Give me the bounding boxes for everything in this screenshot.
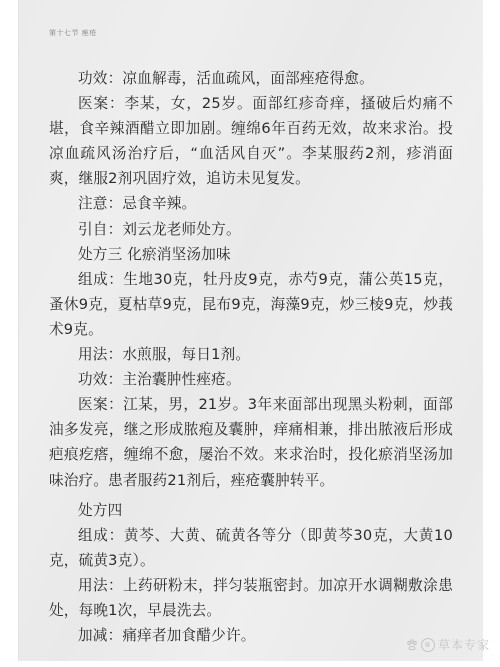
- paragraph-composition-3: 组成：生地30克，牡丹皮9克，赤芍9克，蒲公英15克，蚤休9克，夏枯草9克，昆布…: [49, 267, 453, 342]
- watermark: @ 草本专家: [406, 636, 490, 653]
- prescription-4-title: 处方四: [49, 498, 453, 523]
- document-body: 功效：凉血解毒，活血疏风，面部痤疮得愈。 医案：李某，女，25岁。面部红疹奇痒，…: [49, 66, 453, 648]
- paragraph-effect-1: 功效：凉血解毒，活血疏风，面部痤疮得愈。: [49, 66, 453, 91]
- paragraph-note-1: 注意：忌食辛辣。: [49, 191, 453, 216]
- paragraph-composition-4: 组成：黄芩、大黄、硫黄各等分（即黄芩30克，大黄10克，硫黄3克）。: [49, 523, 453, 573]
- paw-icon: [406, 639, 418, 651]
- paragraph-effect-3: 功效：主治囊肿性痤疮。: [49, 367, 453, 392]
- prescription-3-title: 处方三 化瘀消坚汤加味: [49, 242, 453, 267]
- at-badge-icon: @: [421, 638, 435, 652]
- watermark-handle: 草本专家: [438, 636, 490, 653]
- paragraph-case-3: 医案：江某，男，21岁。3年来面部出现黑头粉刺，面部油多发亮，继之形成脓疱及囊肿…: [49, 392, 453, 492]
- section-header: 第十七节 痤疮: [49, 28, 97, 38]
- paragraph-modification-4: 加减：痛痒者加食醋少许。: [49, 623, 453, 648]
- paragraph-case-1: 医案：李某，女，25岁。面部红疹奇痒，搔破后灼痛不堪，食辛辣酒醋立即加剧。缠绵6…: [49, 91, 453, 191]
- document-page: 第十七节 痤疮 功效：凉血解毒，活血疏风，面部痤疮得愈。 医案：李某，女，25岁…: [18, 0, 483, 661]
- paragraph-usage-4: 用法：上药研粉末，拌匀装瓶密封。加凉开水调糊敷涂患处，每晚1次，早晨洗去。: [49, 573, 453, 623]
- paragraph-source-1: 引自：刘云龙老师处方。: [49, 217, 453, 242]
- paragraph-usage-3: 用法：水煎服，每日1剂。: [49, 342, 453, 367]
